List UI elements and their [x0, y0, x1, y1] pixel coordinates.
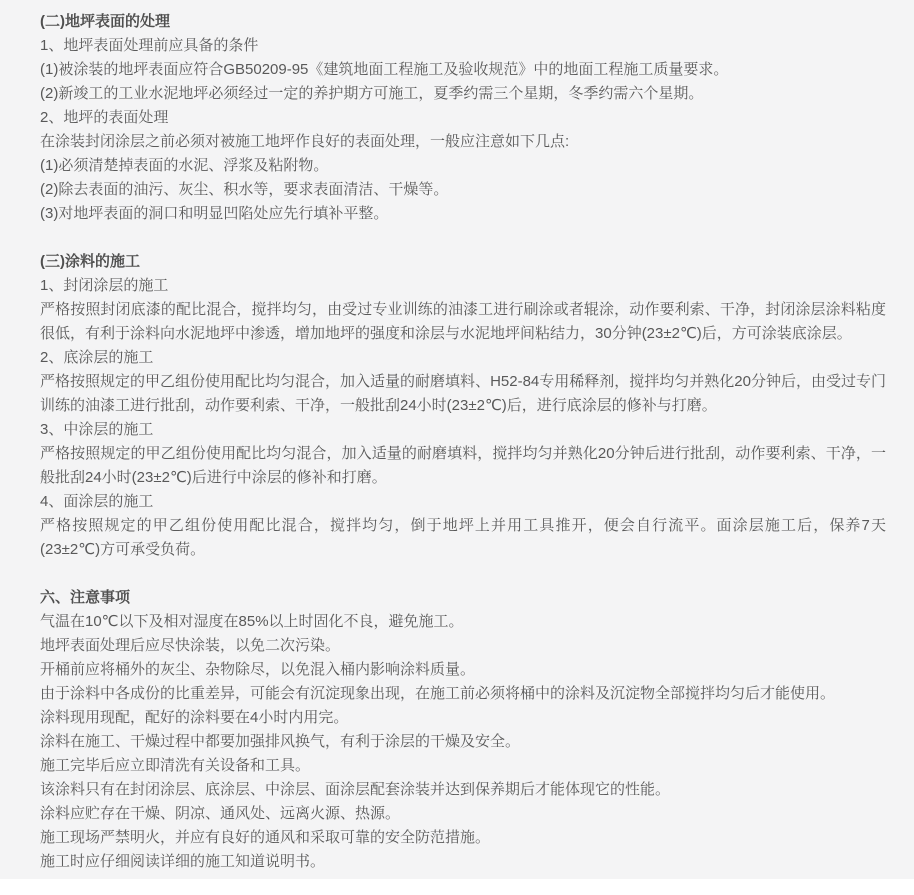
document-section: 六、注意事项气温在10℃以下及相对湿度在85%以上时固化不良，避免施工。地坪表面… [40, 586, 886, 874]
paragraph-text: 3、中涂层的施工 [40, 418, 886, 442]
paragraph-text: (1)必须清楚掉表面的水泥、浮浆及粘附物。 [40, 154, 886, 178]
paragraph-text: 施工现场严禁明火，并应有良好的通风和采取可靠的安全防范措施。 [40, 826, 886, 850]
paragraph-text: 该涂料只有在封闭涂层、底涂层、中涂层、面涂层配套涂装并达到保养期后才能体现它的性… [40, 778, 886, 802]
paragraph-text: (3)对地坪表面的洞口和明显凹陷处应先行填补平整。 [40, 202, 886, 226]
paragraph-text: 4、面涂层的施工 [40, 490, 886, 514]
paragraph-text: 地坪表面处理后应尽快涂装，以免二次污染。 [40, 634, 886, 658]
paragraph-text: 施工时应仔细阅读详细的施工知道说明书。 [40, 850, 886, 874]
document-section: (三)涂料的施工1、封闭涂层的施工严格按照封闭底漆的配比混合，搅拌均匀，由受过专… [40, 250, 886, 562]
paragraph-text: 在涂装封闭涂层之前必须对被施工地坪作良好的表面处理，一般应注意如下几点: [40, 130, 886, 154]
paragraph-text: 严格按照规定的甲乙组份使用配比混合，搅拌均匀，倒于地坪上并用工具推开，便会自行流… [40, 514, 886, 562]
paragraph-text: 开桶前应将桶外的灰尘、杂物除尽，以免混入桶内影响涂料质量。 [40, 658, 886, 682]
paragraph-text: 涂料在施工、干燥过程中都要加强排风换气，有利于涂层的干燥及安全。 [40, 730, 886, 754]
paragraph-text: 2、底涂层的施工 [40, 346, 886, 370]
paragraph-text: (2)除去表面的油污、灰尘、积水等，要求表面清洁、干燥等。 [40, 178, 886, 202]
paragraph-text: 严格按照封闭底漆的配比混合，搅拌均匀，由受过专业训练的油漆工进行刷涂或者辊涂，动… [40, 298, 886, 346]
paragraph-text: (2)新竣工的工业水泥地坪必须经过一定的养护期方可施工，夏季约需三个星期，冬季约… [40, 82, 886, 106]
paragraph-text: 1、封闭涂层的施工 [40, 274, 886, 298]
document-section: (二)地坪表面的处理1、地坪表面处理前应具备的条件(1)被涂装的地坪表面应符合G… [40, 10, 886, 226]
paragraph-text: 2、地坪的表面处理 [40, 106, 886, 130]
section-heading: 六、注意事项 [40, 586, 886, 610]
paragraph-text: 涂料现用现配，配好的涂料要在4小时内用完。 [40, 706, 886, 730]
paragraph-text: 涂料应贮存在干燥、阴凉、通风处、远离火源、热源。 [40, 802, 886, 826]
paragraph-text: 由于涂料中各成份的比重差异，可能会有沉淀现象出现，在施工前必须将桶中的涂料及沉淀… [40, 682, 886, 706]
paragraph-text: 严格按照规定的甲乙组份使用配比均匀混合，加入适量的耐磨填料、H52-84专用稀释… [40, 370, 886, 418]
paragraph-text: 1、地坪表面处理前应具备的条件 [40, 34, 886, 58]
paragraph-text: 施工完毕后应立即清洗有关设备和工具。 [40, 754, 886, 778]
document-page: (二)地坪表面的处理1、地坪表面处理前应具备的条件(1)被涂装的地坪表面应符合G… [0, 0, 914, 895]
document-content: (二)地坪表面的处理1、地坪表面处理前应具备的条件(1)被涂装的地坪表面应符合G… [0, 0, 914, 879]
section-heading: (三)涂料的施工 [40, 250, 886, 274]
paragraph-text: 严格按照规定的甲乙组份使用配比均匀混合，加入适量的耐磨填料，搅拌均匀并熟化20分… [40, 442, 886, 490]
paragraph-text: 气温在10℃以下及相对湿度在85%以上时固化不良，避免施工。 [40, 610, 886, 634]
paragraph-text: (1)被涂装的地坪表面应符合GB50209-95《建筑地面工程施工及验收规范》中… [40, 58, 886, 82]
section-heading: (二)地坪表面的处理 [40, 10, 886, 34]
